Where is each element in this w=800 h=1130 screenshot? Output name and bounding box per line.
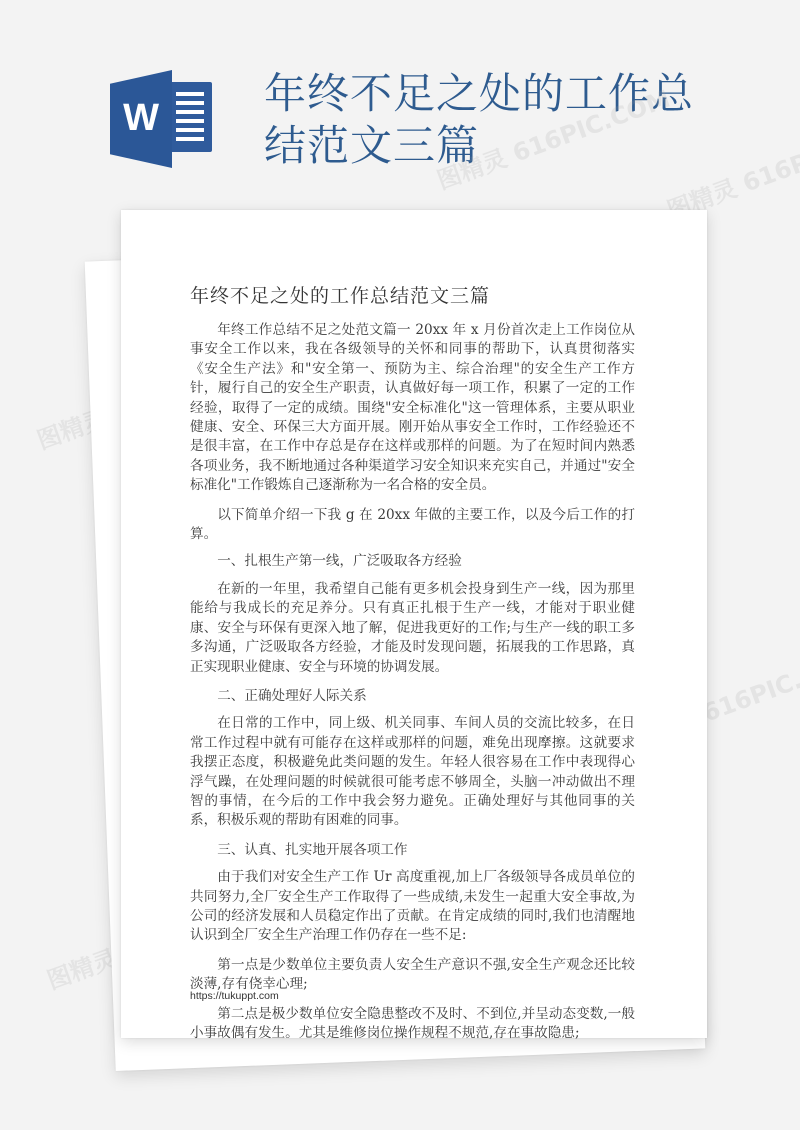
document-body: 年终工作总结不足之处范文篇一 20xx 年 x 月份首次走上工作岗位从事安全工作… (190, 321, 635, 1053)
document-lines-icon (168, 82, 212, 152)
page-canvas: W 年终不足之处的工作总结范文三篇 图精灵 616PIC.COM 图精灵 616… (0, 0, 800, 1130)
word-document-icon: W (110, 70, 214, 168)
document-title: 年终不足之处的工作总结范文三篇 (190, 283, 490, 309)
document-page: 年终不足之处的工作总结范文三篇 年终工作总结不足之处范文篇一 20xx 年 x … (121, 210, 707, 1038)
paragraph-summary: 以下简单介绍一下我 g 在 20xx 年做的主要工作，以及今后工作的打算。 (190, 506, 635, 545)
paragraph-intro: 年终工作总结不足之处范文篇一 20xx 年 x 月份首次走上工作岗位从事安全工作… (190, 321, 635, 496)
section-heading-2: 二、正确处理好人际关系 (190, 687, 635, 706)
paragraph-point-1: 第一点是少数单位主要负责人安全生产意识不强,安全生产观念还比较淡薄,存有侥幸心理… (190, 956, 635, 995)
paragraph-section-2: 在日常的工作中，同上级、机关同事、车间人员的交流比较多，在日常工作过程中就有可能… (190, 714, 635, 830)
word-letter: W (116, 98, 166, 138)
paragraph-point-2: 第二点是极少数单位安全隐患整改不及时、不到位,并呈动态变数,一般小事故偶有发生。… (190, 1005, 635, 1044)
header-title: 年终不足之处的工作总结范文三篇 (264, 68, 704, 172)
section-heading-1: 一、扎根生产第一线，广泛吸取各方经验 (190, 552, 635, 571)
section-heading-3: 三、认真、扎实地开展各项工作 (190, 841, 635, 860)
paragraph-section-3: 由于我们对安全生产工作 Ur 高度重视,加上厂各级领导各成员单位的共同努力,全厂… (190, 868, 635, 946)
paragraph-section-1: 在新的一年里，我希望自己能有更多机会投身到生产一线，因为那里能给与我成长的充足养… (190, 580, 635, 677)
word-cover-icon: W (110, 70, 172, 168)
footer-url-link[interactable]: https://tukuppt.com (190, 990, 279, 1002)
